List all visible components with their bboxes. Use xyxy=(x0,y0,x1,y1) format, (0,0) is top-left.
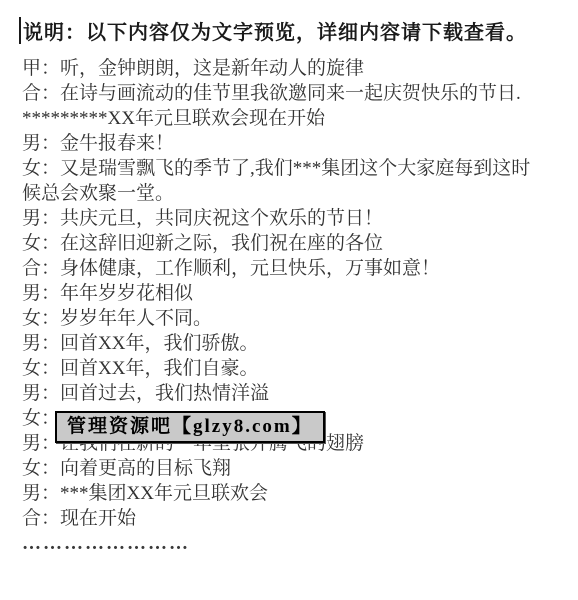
script-line: 合：身体健康，工作顺利，元旦快乐，万事如意！ xyxy=(22,256,530,281)
script-line: 女：在这辞旧迎新之际，我们祝在座的各位 xyxy=(22,231,530,256)
script-line: 男：回首过去，我们热情洋溢 xyxy=(22,381,530,406)
text-cursor-caret xyxy=(19,17,21,44)
script-line: 男：金牛报春来！ xyxy=(22,131,530,156)
preview-notice: 说明：以下内容仅为文字预览，详细内容请下载查看。 xyxy=(23,16,527,45)
script-line: 合：现在开始 xyxy=(22,506,530,531)
script-line: 女：又是瑞雪飘飞的季节了,我们***集团这个大家庭每到这时 xyxy=(22,156,530,181)
script-line: 女：向着更高的目标飞翔 xyxy=(22,456,530,481)
script-line: 候总会欢聚一堂。 xyxy=(22,181,530,206)
script-line: *********XX年元旦联欢会现在开始 xyxy=(22,106,530,131)
script-line: 男：共庆元旦，共同庆祝这个欢乐的节日！ xyxy=(22,206,530,231)
script-line: 甲：听，金钟朗朗，这是新年动人的旋律 xyxy=(22,56,530,81)
script-line-ellipsis: …………………… xyxy=(22,531,530,556)
script-preview: 甲：听，金钟朗朗，这是新年动人的旋律 合：在诗与画流动的佳节里我欲邀同来一起庆贺… xyxy=(22,56,530,556)
script-line: 男：***集团XX年元旦联欢会 xyxy=(22,481,530,506)
script-line: 男：年年岁岁花相似 xyxy=(22,281,530,306)
script-line: 女：回首XX年，我们自豪。 xyxy=(22,356,530,381)
watermark-box: 管理资源吧【glzy8.com】 xyxy=(55,411,325,443)
script-line: 合：在诗与画流动的佳节里我欲邀同来一起庆贺快乐的节日. xyxy=(22,81,530,106)
script-line: 男：回首XX年，我们骄傲。 xyxy=(22,331,530,356)
script-line: 女：岁岁年年人不同。 xyxy=(22,306,530,331)
